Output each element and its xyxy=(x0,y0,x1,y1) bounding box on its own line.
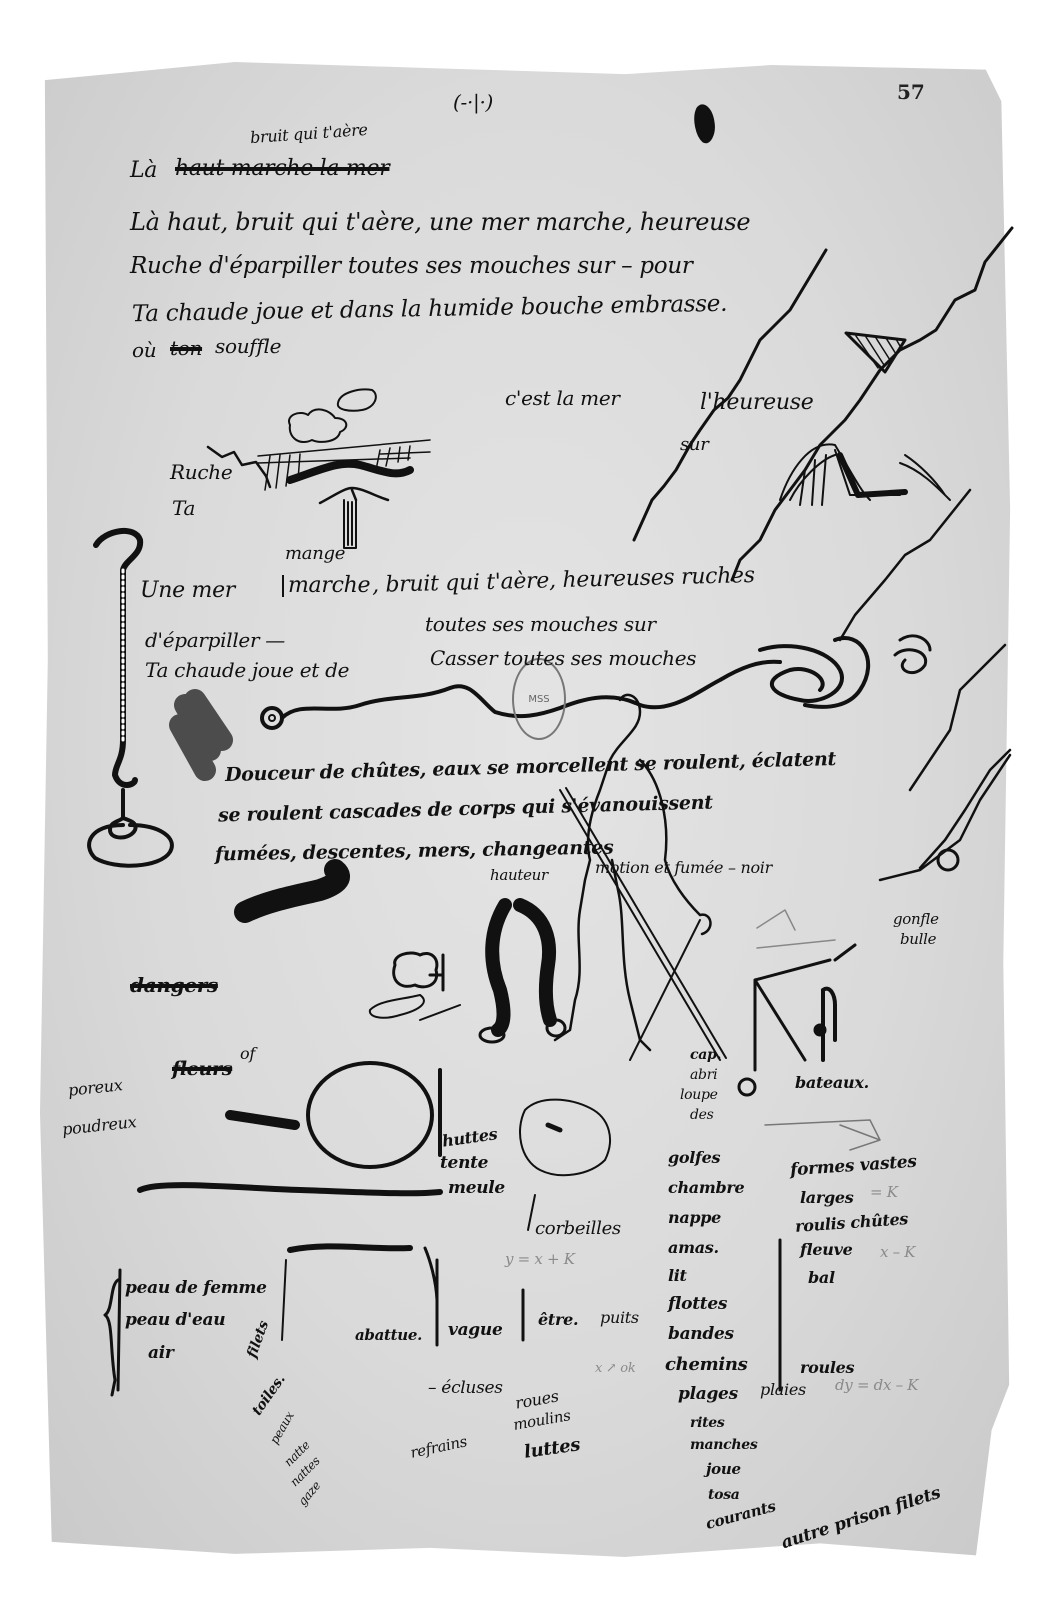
pencil-formula: = K xyxy=(870,1185,898,1200)
label-heureuse: l'heureuse xyxy=(700,392,813,414)
note-bateaux: bateaux. xyxy=(795,1075,869,1091)
col-c-item: puits xyxy=(600,1310,639,1326)
bracket-mark: (-·|·) xyxy=(453,92,493,112)
page-number: 57 xyxy=(897,80,925,104)
col-e-item: rites xyxy=(690,1416,724,1430)
note-abri: abri xyxy=(690,1068,717,1082)
note-of: of xyxy=(240,1046,255,1062)
note-gonfle: gonfle xyxy=(893,912,939,927)
stanza1-line0-struck: haut marche la mer xyxy=(175,158,389,180)
col-d-item: meule xyxy=(448,1180,505,1197)
label-ta: Ta xyxy=(172,498,195,518)
note-cap: cap. xyxy=(690,1048,721,1062)
col-d-item: corbeilles xyxy=(535,1220,621,1238)
col-e-item: bandes xyxy=(668,1326,734,1343)
col-e-item: chemins xyxy=(665,1356,748,1374)
note-bulle: bulle xyxy=(900,932,936,947)
col-c-item: vague xyxy=(448,1322,502,1339)
stanza2-insertion: mange xyxy=(285,545,345,563)
col-f-item: plaies xyxy=(760,1382,806,1398)
col-c-item: – écluses xyxy=(428,1380,503,1397)
col-c-item: abattue. xyxy=(355,1328,422,1343)
col-e-item: amas. xyxy=(668,1240,719,1256)
pencil-formula: dy = dx – K xyxy=(835,1378,918,1393)
col-e-item: joue xyxy=(706,1462,741,1477)
note-dangers-struck: dangers xyxy=(130,975,218,995)
pencil-formula: x – K xyxy=(880,1245,915,1260)
col-f-item: larges xyxy=(800,1190,853,1206)
label-cest-la-mer: c'est la mer xyxy=(505,388,620,408)
stanza2-line3-rest: Casser toutes ses mouches xyxy=(430,648,696,668)
col-e-item: nappe xyxy=(668,1210,721,1226)
stanza2-line2-start: d'éparpiller — xyxy=(145,630,285,650)
stanza1-line4-struck: ton xyxy=(170,338,202,358)
col-d-item: tente xyxy=(440,1155,488,1172)
col-a-item: peau d'eau xyxy=(125,1312,225,1329)
stanza1-line4-end: souffle xyxy=(215,336,281,356)
stanza2-line1-word: marche xyxy=(282,575,370,597)
col-e-item: golfes xyxy=(668,1150,720,1166)
label-sur: sur xyxy=(680,436,709,454)
col-e-item: plages xyxy=(678,1386,738,1403)
col-f-item: roules xyxy=(800,1360,854,1376)
stanza3-line4-right: motion et fumée – noir xyxy=(595,860,772,876)
col-e-item: chambre xyxy=(668,1180,744,1196)
stanza2-line1-start: Une mer xyxy=(140,580,235,602)
stanza2-line3: Ta chaude joue et de xyxy=(145,660,349,680)
col-e-item: manches xyxy=(690,1438,757,1452)
note-des: des xyxy=(690,1108,714,1122)
col-f-item: bal xyxy=(808,1270,835,1286)
stanza1-line0-start: Là xyxy=(130,160,157,182)
note-fleurs-struck: fleurs xyxy=(172,1060,232,1079)
stanza1-line2: Ruche d'éparpiller toutes ses mouches su… xyxy=(130,255,693,278)
stanza1-line4-start: où xyxy=(132,340,156,360)
pencil-formula: y = x + K xyxy=(505,1252,575,1267)
stanza1-line1: Là haut, bruit qui t'aère, une mer march… xyxy=(130,210,750,234)
col-a-item: air xyxy=(148,1345,174,1362)
col-e-item: flottes xyxy=(668,1296,727,1313)
stanza2-line2-rest: toutes ses mouches sur xyxy=(425,614,656,634)
stanza3-line4-left: hauteur xyxy=(490,868,548,883)
col-a-item: peau de femme xyxy=(125,1280,267,1297)
library-stamp: MSS xyxy=(512,658,566,740)
label-ruche: Ruche xyxy=(170,462,232,482)
col-e-item: lit xyxy=(668,1268,687,1284)
col-c-item: être. xyxy=(538,1312,578,1328)
col-f-item: fleuve xyxy=(800,1242,852,1258)
pencil-formula: x ↗ ok xyxy=(595,1362,635,1375)
col-e-item: tosa xyxy=(708,1488,740,1502)
note-loupe: loupe xyxy=(680,1088,718,1102)
